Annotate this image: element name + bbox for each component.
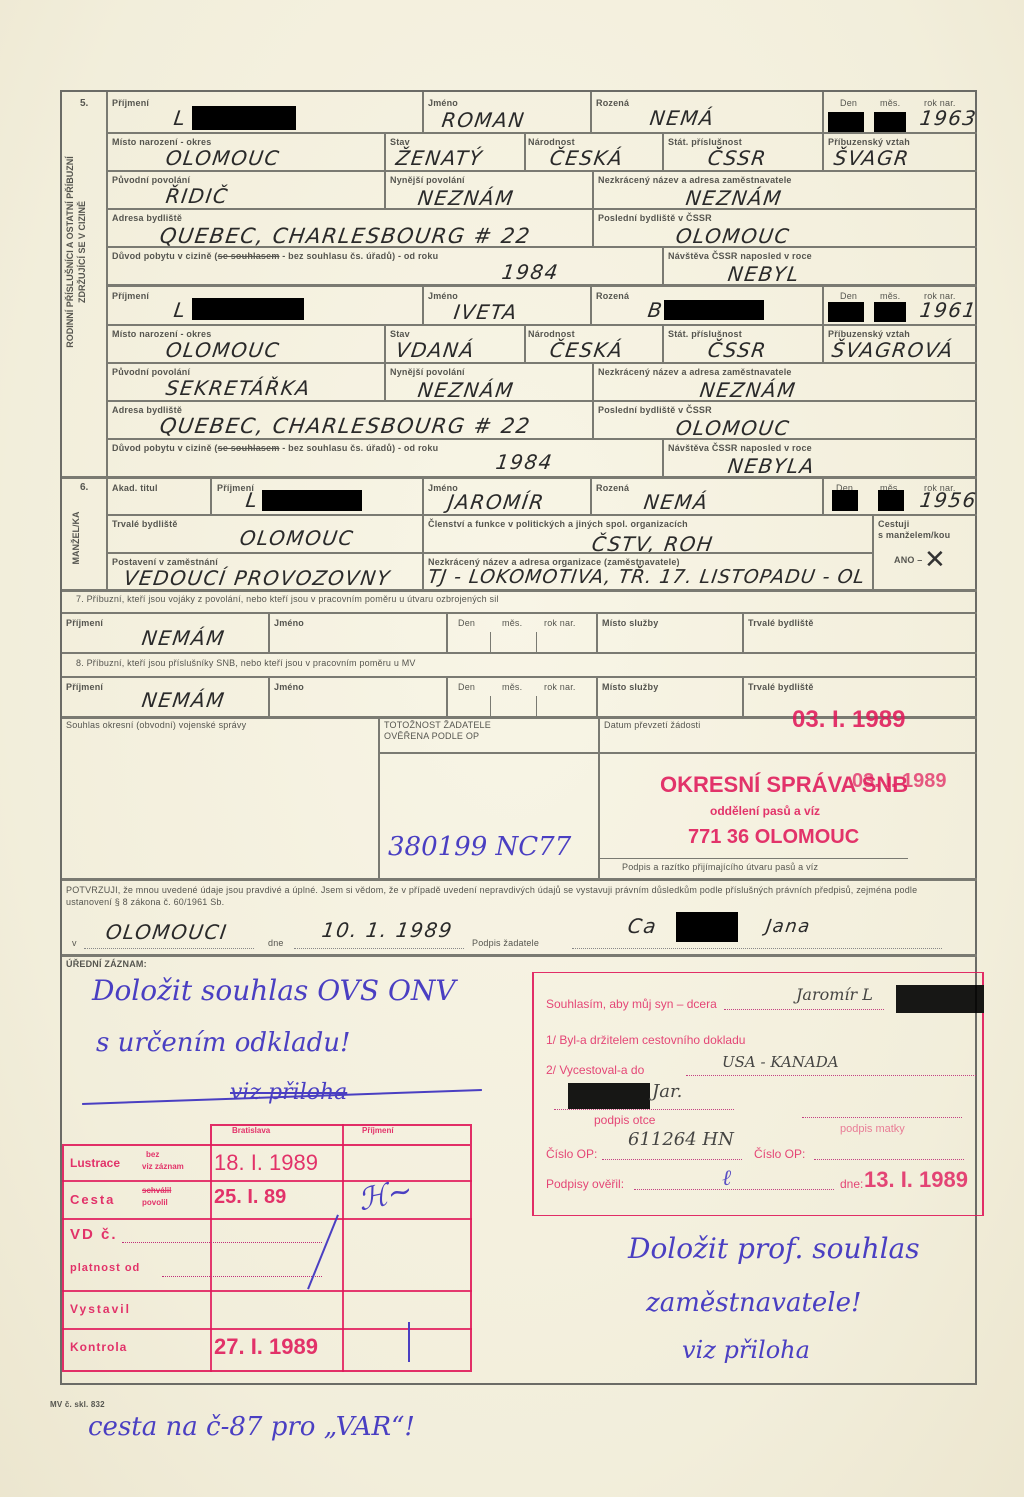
- redaction-child-surname: [896, 985, 984, 1013]
- label-navsteva: Návštěva ČSSR naposled v roce: [668, 251, 812, 261]
- label-jmeno: Jméno: [274, 618, 304, 628]
- declaration-text: POTVRZUJI, že mnou uvedené údaje jsou pr…: [66, 884, 966, 908]
- section-7-heading: 7. Příbuzní, kteří jsou vojáky z povolán…: [76, 594, 499, 604]
- section-6-side-label: MANŽEL/KA: [70, 506, 82, 570]
- form-code: MV č. skl. 832: [50, 1400, 105, 1409]
- label-rozena: Rozená: [596, 483, 629, 493]
- stamp-row-lustrace-sub1: bez: [146, 1150, 159, 1159]
- value-jmeno: JAROMÍR: [446, 490, 546, 514]
- redaction-surname: [192, 298, 304, 320]
- father-signature: Jar.: [652, 1081, 682, 1102]
- verifier-signature: ℓ: [722, 1165, 731, 1191]
- bottom-handwritten-note: cesta na č-87 pro „VAR“!: [88, 1412, 415, 1442]
- label-trvale-bydliste: Trvalé bydliště: [748, 682, 814, 692]
- value-jmeno: ROMAN: [440, 108, 526, 132]
- label-jmeno: Jméno: [274, 682, 304, 692]
- label-trvale-bydliste: Trvalé bydliště: [748, 618, 814, 628]
- value-nemam: NEMÁM: [140, 626, 227, 650]
- value-prijmeni: L: [172, 106, 188, 130]
- redaction-father-signature: [568, 1083, 650, 1109]
- stamp-row-lustrace-sub2: viz záznam: [142, 1162, 184, 1171]
- label-dne: dne: [268, 938, 284, 948]
- stamp-row-kontrola: Kontrola: [70, 1340, 127, 1354]
- value-stat-prislusnost: ČSSR: [706, 338, 768, 362]
- side-label-line2: ZDRŽUJÍCÍ SE V CIZINĚ: [76, 112, 88, 392]
- label-prijmeni: Příjmení: [66, 618, 103, 628]
- section-5-number: 5.: [80, 98, 88, 109]
- label-trvale-bydliste: Trvalé bydliště: [112, 519, 178, 529]
- stamp-consent-date: 13. I. 1989: [864, 1167, 968, 1193]
- redaction-day: [832, 490, 858, 511]
- consent-line-2: 1/ Byl-a držitelem cestovního dokladu: [546, 1033, 745, 1047]
- value-stav: ŽENATÝ: [394, 146, 484, 170]
- value-od-roku: 1984: [500, 260, 560, 284]
- redaction-surname: [262, 490, 362, 511]
- value-puvodni-povolani: SEKRETÁŘKA: [164, 376, 312, 400]
- label-cislo-op-2: Číslo OP:: [754, 1147, 805, 1161]
- label-podpis-zadatele: Podpis žadatele: [472, 938, 539, 948]
- label-duvod-pobytu: Důvod pobytu v cizině (se souhlasem - be…: [112, 443, 438, 453]
- right-note-line-1: Doložit prof. souhlas: [628, 1232, 920, 1265]
- label-rozena: Rozená: [596, 98, 629, 108]
- label-rozena: Rozená: [596, 291, 629, 301]
- label-prijmeni: Příjmení: [112, 291, 149, 301]
- value-misto-narozeni: OLOMOUC: [164, 146, 281, 170]
- value-narodnost: ČESKÁ: [548, 338, 625, 362]
- stamp-header-col-2: Příjmení: [362, 1126, 394, 1135]
- label-akad-titul: Akad. titul: [112, 483, 158, 493]
- value-od-roku: 1984: [494, 450, 554, 474]
- value-navsteva: NEBYLA: [726, 454, 816, 478]
- label-s-manzelem: s manželem/kou: [878, 530, 950, 540]
- applicant-signature-tail: Jana: [765, 916, 813, 937]
- label-mes: měs.: [880, 98, 900, 108]
- label-misto-sluzby: Místo služby: [602, 618, 658, 628]
- value-stav: VDANÁ: [394, 338, 476, 362]
- label-nynejsi-povolani: Nynější povolání: [390, 367, 465, 377]
- label-datum-prevzeti: Datum převzetí žádosti: [604, 720, 700, 730]
- value-rok-nar: 1956: [918, 488, 978, 512]
- label-prijmeni: Příjmení: [112, 98, 149, 108]
- label-podpis-otce: podpis otce: [594, 1113, 655, 1127]
- value-stat-prislusnost: ČSSR: [706, 146, 768, 170]
- value-pribuzensky-vztah: ŠVAGROVÁ: [830, 338, 955, 362]
- label-v: v: [72, 938, 77, 948]
- label-mes: měs.: [880, 291, 900, 301]
- label-navsteva: Návštěva ČSSR naposled v roce: [668, 443, 812, 453]
- label-clenstvi: Členství a funkce v politických a jiných…: [428, 519, 688, 529]
- label-dne: dne:: [840, 1177, 863, 1191]
- stamp-row-cesta-sub2: povolil: [142, 1198, 168, 1207]
- value-misto-narozeni: OLOMOUC: [164, 338, 281, 362]
- stamp-row-vystavil: Vystavil: [70, 1302, 131, 1316]
- applicant-signature-start: Ca: [626, 914, 659, 938]
- stamp-date-kontrola: 27. I. 1989: [214, 1334, 318, 1360]
- value-rozena: NEMÁ: [648, 106, 716, 130]
- value-zamestnavatel: NEZNÁM: [684, 186, 784, 210]
- official-note-line-3: viz přiloha: [230, 1080, 347, 1105]
- application-form: 5. RODINNÍ PŘÍSLUŠNÍCI A OSTATNÍ PŘÍBUZN…: [60, 90, 977, 1385]
- label-posledni-bydliste: Poslední bydliště v ČSSR: [598, 213, 712, 223]
- label-uredni-zaznam: ÚŘEDNÍ ZÁZNAM:: [66, 959, 147, 969]
- label-rok-nar: rok nar.: [544, 682, 576, 692]
- value-nynejsi-povolani: NEZNÁM: [416, 378, 516, 402]
- section-5-side-label: RODINNÍ PŘÍSLUŠNÍCI A OSTATNÍ PŘÍBUZNÍ Z…: [64, 112, 88, 392]
- label-jmeno: Jméno: [428, 98, 458, 108]
- value-organizace: TJ - LOKOMOTIVA, TŘ. 17. LISTOPADU - OL: [426, 566, 866, 588]
- label-podpisy-overil: Podpisy ověřil:: [546, 1177, 624, 1191]
- stamp-row-lustrace: Lustrace: [70, 1156, 120, 1170]
- label-zamestnavatel: Nezkrácený název a adresa zaměstnavatele: [598, 175, 792, 185]
- section-6-number: 6.: [80, 482, 88, 493]
- right-note-line-3: viz přiloha: [682, 1336, 810, 1364]
- stamp-date-lustrace: 18. I. 1989: [214, 1150, 318, 1176]
- redaction-signature: [676, 912, 738, 942]
- value-narodnost: ČESKÁ: [548, 146, 625, 170]
- stamp-header-col-1: Bratislava: [232, 1126, 270, 1135]
- consent-line-3-value: USA - KANADA: [722, 1053, 839, 1071]
- label-duvod-pobytu: Důvod pobytu v cizině (se souhlasem - be…: [112, 251, 438, 261]
- value-prijmeni: L: [172, 298, 188, 322]
- label-rok-nar: rok nar.: [544, 618, 576, 628]
- stamp-datum-prevzeti: 03. I. 1989: [792, 706, 905, 734]
- label-nynejsi-povolani: Nynější povolání: [390, 175, 465, 185]
- value-zamestnavatel: NEZNÁM: [698, 378, 798, 402]
- value-posledni-bydliste: OLOMOUC: [674, 416, 791, 440]
- consent-line-1-value: Jaromír L: [796, 985, 873, 1004]
- value-adresa: QUEBEC, CHARLESBOURG # 22: [158, 414, 532, 438]
- parental-consent-stamp: Souhlasím, aby můj syn – dcera Jaromír L…: [532, 972, 984, 1216]
- redaction-surname: [192, 106, 296, 130]
- label-totoznost-2: OVĚŘENA PODLE OP: [384, 731, 479, 741]
- cestuji-cross-mark: ✕: [924, 544, 946, 575]
- label-mes: měs.: [502, 618, 522, 628]
- value-rozena: B: [646, 298, 665, 322]
- value-puvodni-povolani: ŘIDIČ: [164, 184, 230, 208]
- redaction-month: [874, 112, 906, 133]
- stamp-row-vd: VD č.: [70, 1226, 118, 1243]
- stamp-line-3: 771 36 OLOMOUC: [688, 826, 859, 849]
- label-adresa: Adresa bydliště: [112, 213, 182, 223]
- redaction-month: [878, 490, 904, 511]
- label-posledni-bydliste: Poslední bydliště v ČSSR: [598, 405, 712, 415]
- consent-line-1-label: Souhlasím, aby můj syn – dcera: [546, 997, 717, 1011]
- section-8-heading: 8. Příbuzní, kteří jsou příslušníky SNB,…: [76, 658, 416, 668]
- value-op-number: 380199 NC77: [388, 832, 571, 862]
- value-rok-nar: 1963: [918, 106, 978, 130]
- label-prijmeni: Příjmení: [66, 682, 103, 692]
- value-posledni-bydliste: OLOMOUC: [674, 224, 791, 248]
- label-den: Den: [840, 291, 857, 301]
- redaction-maiden-name: [664, 300, 764, 320]
- label-misto-sluzby: Místo služby: [602, 682, 658, 692]
- stamp-row-cesta-sub1: schválil: [142, 1186, 171, 1195]
- label-den: Den: [458, 682, 475, 692]
- label-mes: měs.: [502, 682, 522, 692]
- official-note-line-1: Doložit souhlas OVS ONV: [92, 974, 456, 1007]
- scanned-document-page: 5. RODINNÍ PŘÍSLUŠNÍCI A OSTATNÍ PŘÍBUZN…: [0, 0, 1024, 1497]
- side-label-line1: RODINNÍ PŘÍSLUŠNÍCI A OSTATNÍ PŘÍBUZNÍ: [64, 112, 76, 392]
- stamp-date-cesta: 25. I. 89: [214, 1186, 286, 1209]
- label-den: Den: [840, 98, 857, 108]
- redaction-day: [828, 302, 864, 322]
- value-cislo-op: 611264 HN: [628, 1129, 734, 1150]
- label-ano: ANO –: [894, 555, 923, 565]
- consent-line-3-label: 2/ Vycestoval-a do: [546, 1063, 644, 1077]
- value-nemam: NEMÁM: [140, 688, 227, 712]
- official-note-line-2: s určením odkladu!: [96, 1028, 350, 1058]
- stamp-office-date: 03. I. 1989: [852, 770, 947, 793]
- value-jmeno: IVETA: [452, 300, 519, 324]
- redaction-month: [874, 302, 906, 322]
- value-trvale-bydliste: OLOMOUC: [238, 526, 355, 550]
- value-pribuzensky-vztah: ŠVAGR: [832, 146, 911, 170]
- value-date: 10. 1. 1989: [320, 918, 454, 942]
- stamp-line-2: oddělení pasů a víz: [710, 804, 820, 818]
- label-den: Den: [458, 618, 475, 628]
- right-note-line-2: zaměstnavatele!: [646, 1288, 861, 1318]
- value-rok-nar: 1961: [918, 298, 978, 322]
- stamp-row-platnost: platnost od: [70, 1262, 140, 1274]
- label-souhlas-vojenske-spravy: Souhlas okresní (obvodní) vojenské správ…: [66, 720, 246, 730]
- value-place: OLOMOUCI: [104, 920, 229, 944]
- redaction-day: [828, 112, 864, 133]
- label-jmeno: Jméno: [428, 291, 458, 301]
- value-navsteva: NEBYL: [726, 262, 801, 286]
- label-totoznost-1: TOTOŽNOST ŽADATELE: [384, 720, 491, 730]
- signature-stroke-2: [408, 1322, 410, 1362]
- value-nynejsi-povolani: NEZNÁM: [416, 186, 516, 210]
- stamp-row-cesta: Cesta: [70, 1192, 115, 1207]
- label-cislo-op-1: Číslo OP:: [546, 1147, 597, 1161]
- label-podpis-razitko: Podpis a razítko přijímajícího útvaru pa…: [622, 862, 818, 872]
- value-adresa: QUEBEC, CHARLESBOURG # 22: [158, 224, 532, 248]
- label-podpis-matky: podpis matky: [840, 1123, 905, 1135]
- value-prijmeni: L: [244, 488, 260, 512]
- label-cestuji: Cestuji: [878, 519, 909, 529]
- label-zamestnavatel: Nezkrácený název a adresa zaměstnavatele: [598, 367, 792, 377]
- value-rozena: NEMÁ: [642, 490, 710, 514]
- value-postaveni: VEDOUCÍ PROVOZOVNY: [122, 566, 392, 590]
